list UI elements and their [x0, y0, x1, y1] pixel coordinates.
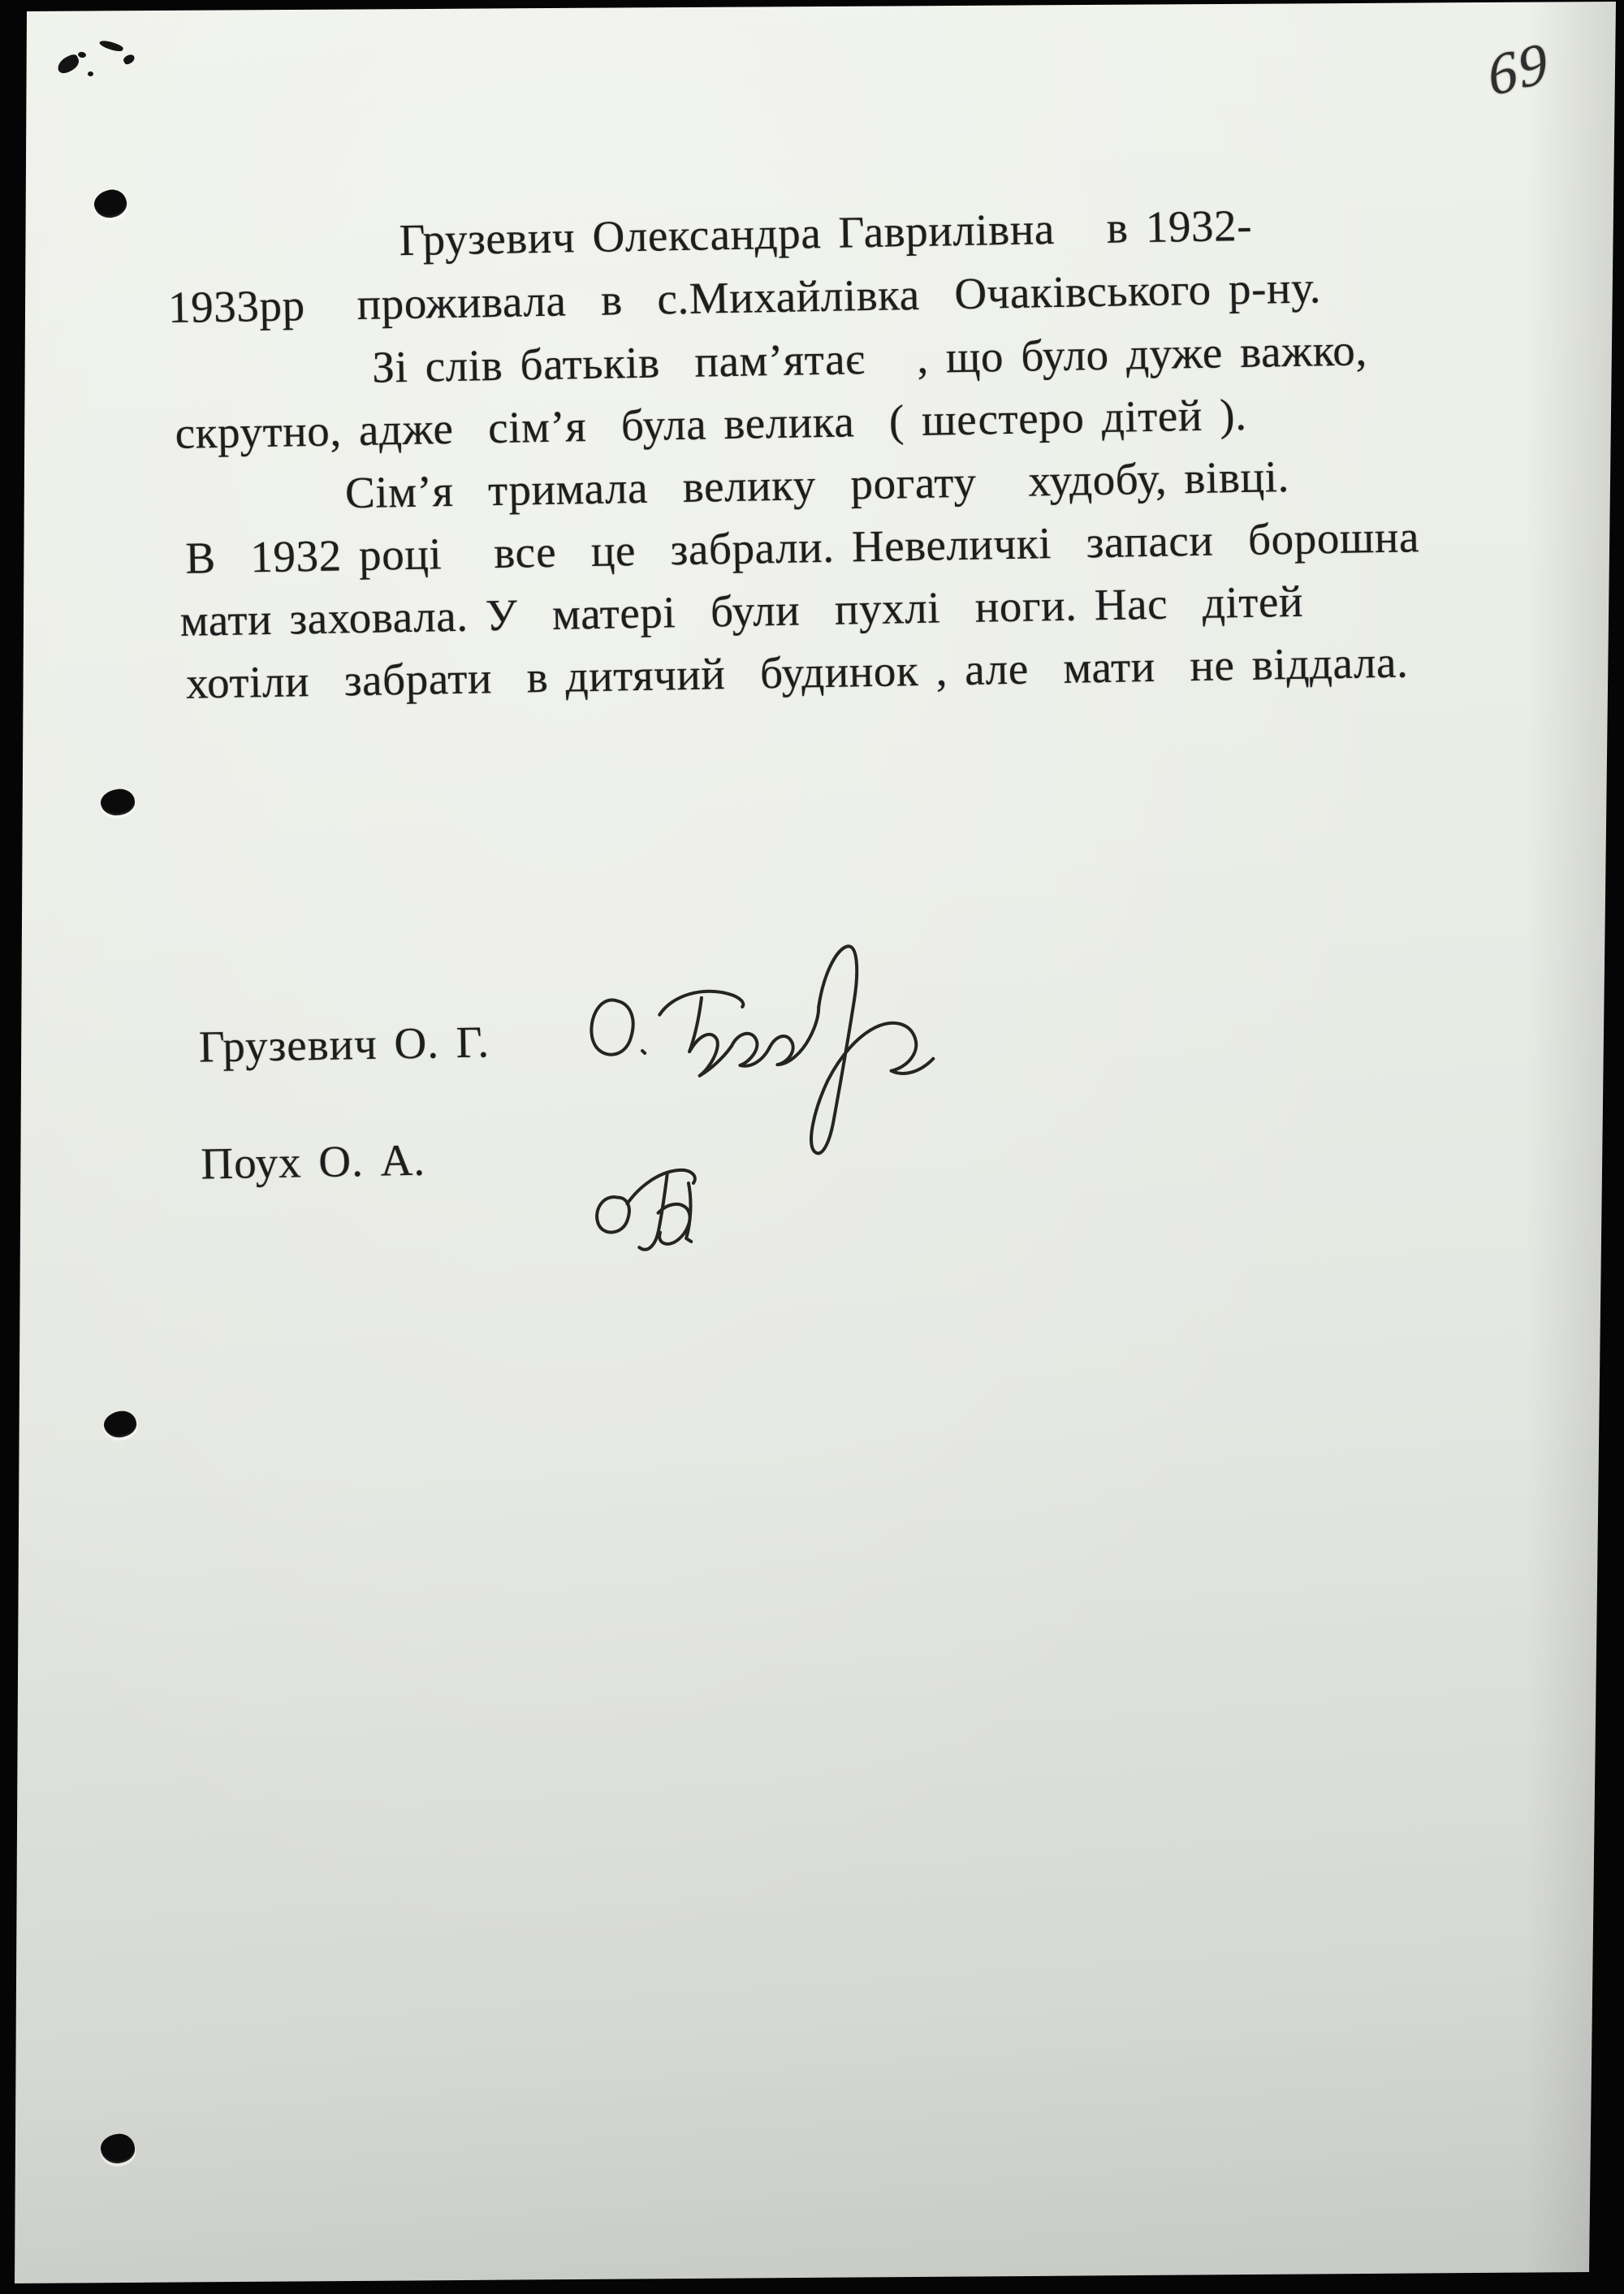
signatory-name: Грузевич О. Г. [198, 1016, 490, 1072]
signature-poukh-handwriting-icon [589, 1117, 770, 1258]
document-text-line: Сім’я тримала велику рогату худобу, вівц… [344, 448, 1289, 521]
typed-text-layer: Грузевич Олександра Гаврилівна в 1932- 1… [0, 0, 1624, 2294]
document-text-line: 1933рр проживала в с.Михайлівка Очаківсь… [167, 259, 1321, 336]
document-text-line: Грузевич Олександра Гаврилівна в 1932- [399, 197, 1253, 269]
signatory-name: Поух О. А. [201, 1134, 426, 1190]
document-text-line: Зі слів батьків пам’ятає , що було дуже … [372, 322, 1367, 395]
scanned-page-background: 69 Грузевич Олександра Гаврилівна в 1932… [0, 0, 1624, 2294]
document-text-line: скрутно, адже сім’я була велика ( шестер… [175, 387, 1247, 462]
